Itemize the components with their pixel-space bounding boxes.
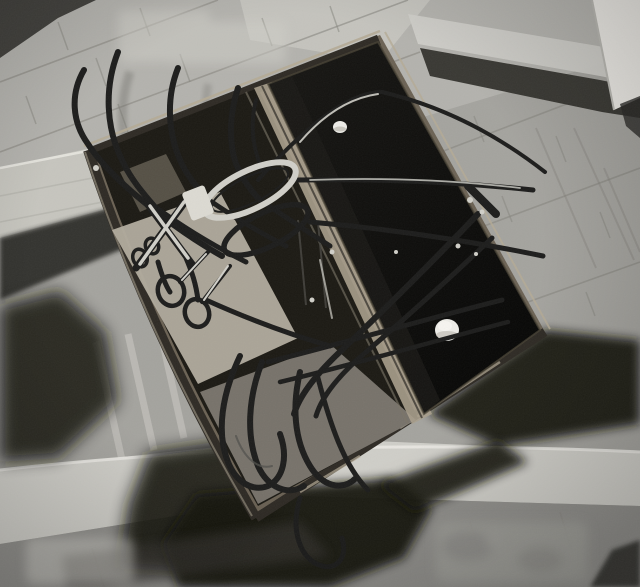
photograph bbox=[0, 0, 640, 587]
photo-canvas bbox=[0, 0, 640, 587]
photo-grain bbox=[0, 0, 640, 587]
